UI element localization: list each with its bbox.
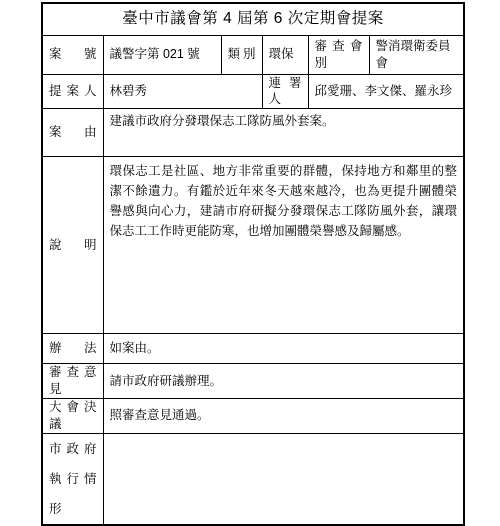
proposal-form-table: 臺中市議會第 4 屆第 6 次定期會提案 案號 議警字第 021 號 類別 環保… <box>41 2 465 526</box>
execution-value <box>103 433 464 525</box>
review-opinion-value: 請市政府研議辦理。 <box>103 364 464 399</box>
case-number-value: 議警字第 021 號 <box>103 35 221 74</box>
proposer-label: 提案人 <box>42 74 103 109</box>
resolution-value: 照審查意見通過。 <box>103 399 464 434</box>
resolution-label: 大會決議 <box>42 399 103 434</box>
proposer-value: 林碧秀 <box>103 74 262 109</box>
case-number-row: 案號 議警字第 021 號 類別 環保 審查會別 警消環衛委員會 <box>42 35 464 74</box>
category-value: 環保 <box>262 35 308 74</box>
description-label: 說明 <box>42 157 103 334</box>
cosigners-value: 邱愛珊、李文傑、羅永珍 <box>308 74 464 109</box>
case-number-label: 案號 <box>42 35 103 74</box>
subject-label: 案由 <box>42 109 103 157</box>
execution-label-line1: 市政府 <box>49 434 97 464</box>
subject-value: 建議市政府分發環保志工隊防風外套案。 <box>103 109 464 157</box>
review-opinion-row: 審查意見 請市政府研議辦理。 <box>42 364 464 399</box>
method-row: 辦法 如案由。 <box>42 334 464 364</box>
subject-row: 案由 建議市政府分發環保志工隊防風外套案。 <box>42 109 464 157</box>
review-committee-label: 審查會別 <box>308 35 369 74</box>
title-row: 臺中市議會第 4 屆第 6 次定期會提案 <box>42 3 464 35</box>
resolution-row: 大會決議 照審查意見通過。 <box>42 399 464 434</box>
method-value: 如案由。 <box>103 334 464 364</box>
execution-row: 市政府 執行情形 <box>42 433 464 525</box>
review-committee-value: 警消環衛委員會 <box>369 35 464 74</box>
execution-label-line2: 執行情形 <box>49 464 97 524</box>
proposer-row: 提案人 林碧秀 連署人 邱愛珊、李文傑、羅永珍 <box>42 74 464 109</box>
description-value: 環保志工是社區、地方非常重要的群體，保持地方和鄰里的整潔不餘遺力。有鑑於近年來冬… <box>103 157 464 334</box>
category-label: 類別 <box>221 35 262 74</box>
method-label: 辦法 <box>42 334 103 364</box>
execution-label: 市政府 執行情形 <box>42 433 103 525</box>
review-opinion-label: 審查意見 <box>42 364 103 399</box>
description-text: 環保志工是社區、地方非常重要的群體，保持地方和鄰里的整潔不餘遺力。有鑑於近年來冬… <box>110 161 458 241</box>
document-page: 臺中市議會第 4 屆第 6 次定期會提案 案號 議警字第 021 號 類別 環保… <box>0 2 500 502</box>
description-row: 說明 環保志工是社區、地方非常重要的群體，保持地方和鄰里的整潔不餘遺力。有鑑於近… <box>42 157 464 334</box>
form-title: 臺中市議會第 4 屆第 6 次定期會提案 <box>42 3 464 35</box>
cosigners-label: 連署人 <box>262 74 308 109</box>
